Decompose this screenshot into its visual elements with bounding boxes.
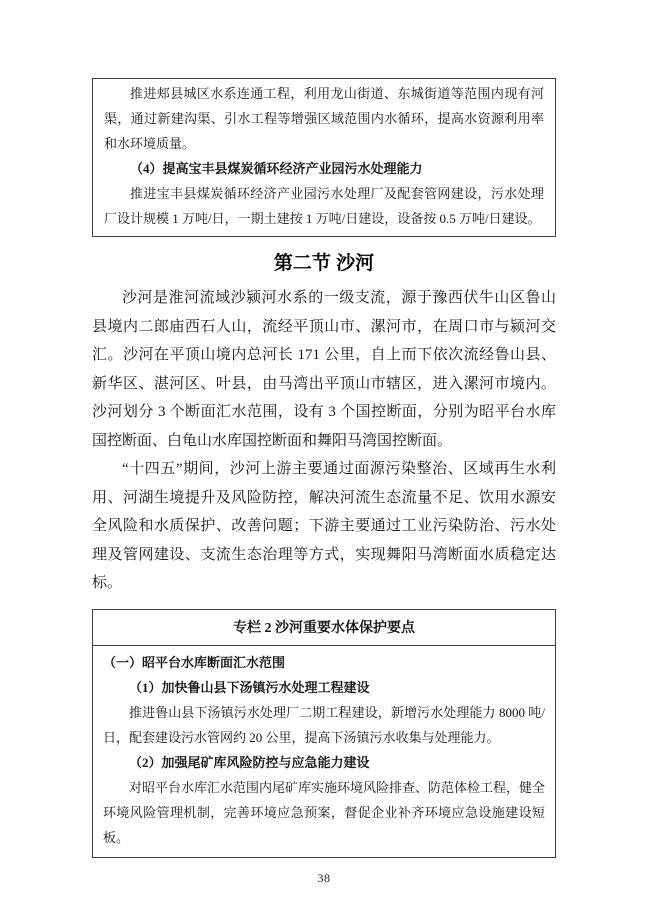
column-section-1-heading: （一）昭平台水库断面汇水范围 xyxy=(103,650,545,675)
column-item-2-heading: （2）加强尾矿库风险防控与应急能力建设 xyxy=(103,750,545,775)
body-paragraph-river-overview: 沙河是淮河流域沙颍河水系的一级支流，源于豫西伏牛山区鲁山县境内二郎庙西石人山，流… xyxy=(92,284,556,455)
column-2-box: 专栏 2 沙河重要水体保护要点 （一）昭平台水库断面汇水范围 （1）加快鲁山县下… xyxy=(92,609,556,858)
box-paragraph-jiaxian: 推进郏县城区水系连通工程，利用龙山街道、东城街道等范围内现有河渠，通过新建沟渠、… xyxy=(104,81,544,156)
box-heading-item4: （4）提高宝丰县煤炭循环经济产业园污水处理能力 xyxy=(104,156,544,181)
box-paragraph-baofeng: 推进宝丰县煤炭循环经济产业园污水处理厂及配套管网建设，污水处理厂设计规模 1 万… xyxy=(104,181,544,231)
section-heading: 第二节 沙河 xyxy=(92,250,556,277)
column-item-2-body: 对昭平台水库汇水范围内尾矿库实施环境风险排查、防范体检工程，健全环境风险管理机制… xyxy=(103,775,545,850)
column-item-1-body: 推进鲁山县下汤镇污水处理厂二期工程建设，新增污水处理能力 8000 吨/日，配套… xyxy=(103,700,545,750)
column-2-body: （一）昭平台水库断面汇水范围 （1）加快鲁山县下汤镇污水处理工程建设 推进鲁山县… xyxy=(93,646,555,857)
column-2-title: 专栏 2 沙河重要水体保护要点 xyxy=(93,610,555,646)
body-paragraph-plan-period: “十四五”期间，沙河上游主要通过面源污染整治、区域再生水利用、河湖生境提升及风险… xyxy=(92,455,556,598)
document-page: 推进郏县城区水系连通工程，利用龙山街道、东城街道等范围内现有河渠，通过新建沟渠、… xyxy=(0,0,650,919)
project-text-box: 推进郏县城区水系连通工程，利用龙山街道、东城街道等范围内现有河渠，通过新建沟渠、… xyxy=(92,78,556,237)
page-number: 38 xyxy=(92,871,556,886)
column-item-1-heading: （1）加快鲁山县下汤镇污水处理工程建设 xyxy=(103,675,545,700)
